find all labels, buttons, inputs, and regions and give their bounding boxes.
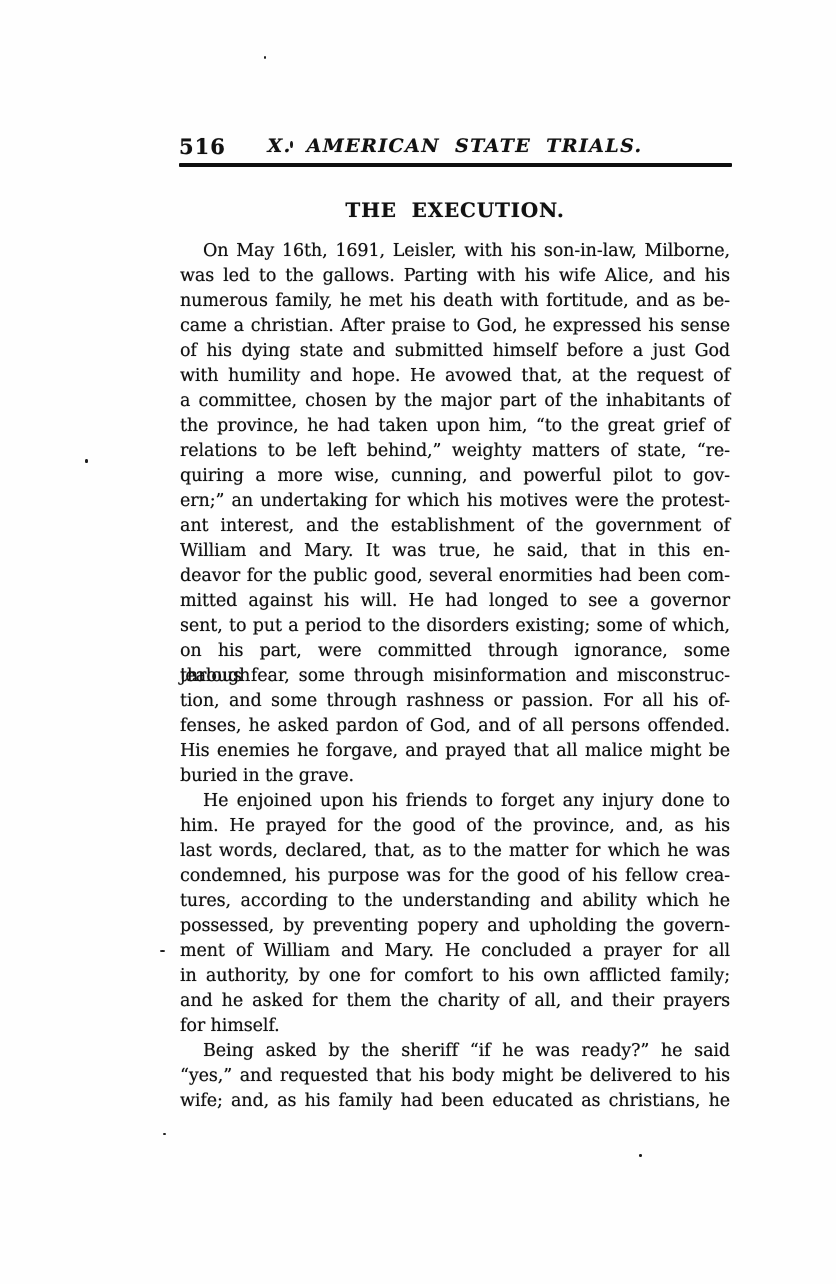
text-line: him. He prayed for the good of the provi… [180,814,730,839]
text-line: quiring a more wise, cunning, and powerf… [180,464,730,489]
text-line: relations to be left behind,” weighty ma… [180,439,730,464]
text-line: on his part, were committed through igno… [180,639,730,664]
running-title: X. AMERICAN STATE TRIALS. [179,135,731,157]
text-line: of his dying state and submitted himself… [180,339,730,364]
text-line: He enjoined upon his friends to forget a… [180,789,730,814]
text-line: for himself. [180,1014,730,1039]
section-heading: THE EXECUTION. [180,198,730,223]
text-line: fenses, he asked pardon of God, and of a… [180,714,730,739]
text-line: a committee, chosen by the major part of… [180,389,730,414]
text-line: “yes,” and requested that his body might… [180,1064,730,1089]
text-line: ern;” an undertaking for which his motiv… [180,489,730,514]
text-line: and he asked for them the charity of all… [180,989,730,1014]
scan-speck [290,141,293,148]
text-line: tures, according to the understanding an… [180,889,730,914]
text-line: His enemies he forgave, and prayed that … [180,739,730,764]
text-line: numerous family, he met his death with f… [180,289,730,314]
scan-speck [85,459,88,463]
text-line: was led to the gallows. Parting with his… [180,264,730,289]
scan-speck [264,56,266,59]
text-line: William and Mary. It was true, he said, … [180,539,730,564]
scanned-page: 516 X. AMERICAN STATE TRIALS. THE EXECUT… [0,0,836,1284]
text-line: buried in the grave. [180,764,730,789]
text-line: last words, declared, that, as to the ma… [180,839,730,864]
text-line: possessed, by preventing popery and upho… [180,914,730,939]
header-rule [179,163,732,167]
text-line: wife; and, as his family had been educat… [180,1089,730,1114]
text-line: On May 16th, 1691, Leisler, with his son… [180,239,730,264]
text-line: with humility and hope. He avowed that, … [180,364,730,389]
text-line: condemned, his purpose was for the good … [180,864,730,889]
scan-speck [639,1154,642,1157]
text-line: in authority, by one for comfort to his … [180,964,730,989]
text-line: Being asked by the sheriff “if he was re… [180,1039,730,1064]
scan-speck [160,950,165,952]
text-line: sent, to put a period to the disorders e… [180,614,730,639]
page-header: 516 X. AMERICAN STATE TRIALS. [179,134,731,160]
text-line: deavor for the public good, several enor… [180,564,730,589]
text-line: the province, he had taken upon him, “to… [180,414,730,439]
text-line: tion, and some through rashness or passi… [180,689,730,714]
page-body: On May 16th, 1691, Leisler, with his son… [180,239,730,1114]
scan-speck [163,1133,166,1135]
text-line: ment of William and Mary. He concluded a… [180,939,730,964]
text-line: ant interest, and the establishment of t… [180,514,730,539]
text-line: mitted against his will. He had longed t… [180,589,730,614]
text-line: came a christian. After praise to God, h… [180,314,730,339]
text-line: jealous fear, some through misinformatio… [180,664,730,689]
